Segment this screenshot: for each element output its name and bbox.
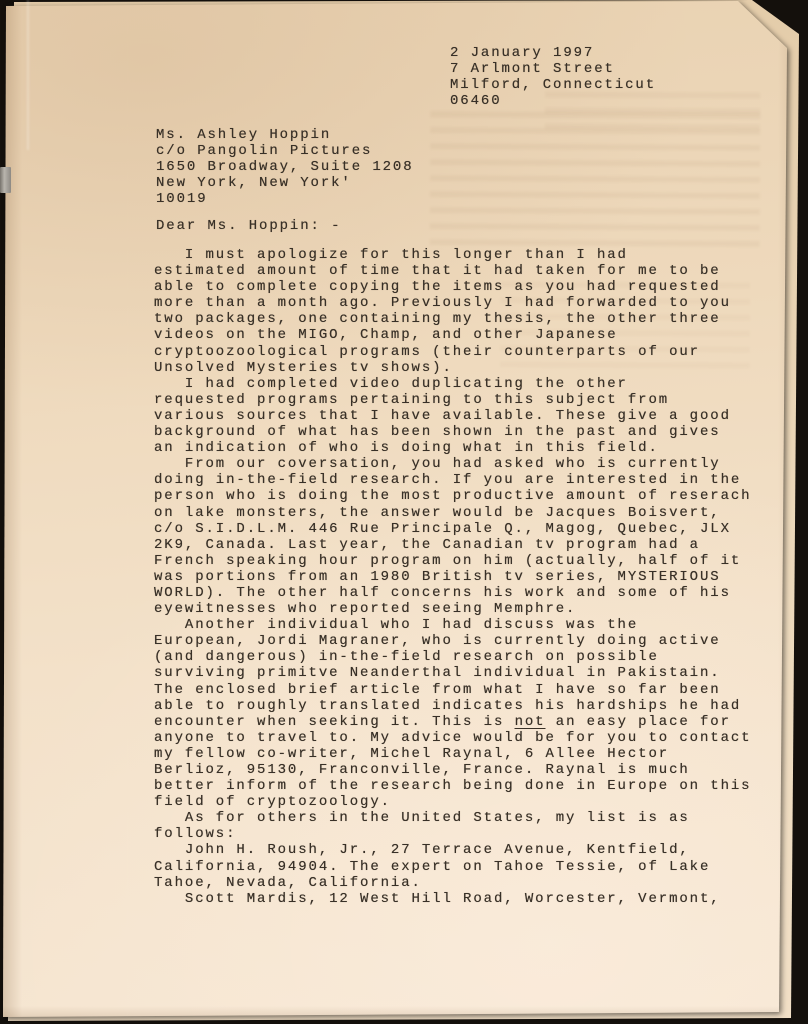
paragraph: John H. Roush, Jr., 27 Terrace Avenue, K… <box>154 842 751 890</box>
paragraph: I must apologize for this longer than I … <box>154 247 751 376</box>
underlined-word: not <box>515 714 546 730</box>
recipient-address-block: Ms. Ashley Hoppinc/o Pangolin Pictures16… <box>156 127 414 207</box>
date-line: Milford, Connecticut <box>450 77 656 93</box>
date-line: 2 January 1997 <box>450 45 656 61</box>
paragraph: As for others in the United States, my l… <box>154 810 751 842</box>
recipient-line: 1650 Broadway, Suite 1208 <box>156 159 414 175</box>
recipient-line: c/o Pangolin Pictures <box>156 143 414 159</box>
scanned-letter-scene: 2 January 19977 Arlmont StreetMilford, C… <box>0 0 808 1024</box>
staple-mark <box>0 167 11 193</box>
recipient-line: New York, New York' <box>156 175 414 191</box>
date-address-block: 2 January 19977 Arlmont StreetMilford, C… <box>450 45 656 109</box>
paragraph: Scott Mardis, 12 West Hill Road, Worcest… <box>154 891 751 907</box>
letter-page: 2 January 19977 Arlmont StreetMilford, C… <box>0 0 808 1024</box>
paragraph: I had completed video duplicating the ot… <box>154 376 751 456</box>
salutation: Dear Ms. Hoppin: - <box>156 218 341 234</box>
recipient-line: 10019 <box>156 191 414 207</box>
recipient-line: Ms. Ashley Hoppin <box>156 127 414 143</box>
date-line: 06460 <box>450 93 656 109</box>
date-line: 7 Arlmont Street <box>450 61 656 77</box>
paragraph: From our coversation, you had asked who … <box>154 456 751 617</box>
paper-wrap: 2 January 19977 Arlmont StreetMilford, C… <box>0 0 808 1024</box>
scan-edge-streak <box>27 0 29 150</box>
paragraph: Another individual who I had discuss was… <box>154 617 751 810</box>
bleed-through-ghost-text <box>430 111 761 251</box>
letter-body: I must apologize for this longer than I … <box>154 247 751 907</box>
